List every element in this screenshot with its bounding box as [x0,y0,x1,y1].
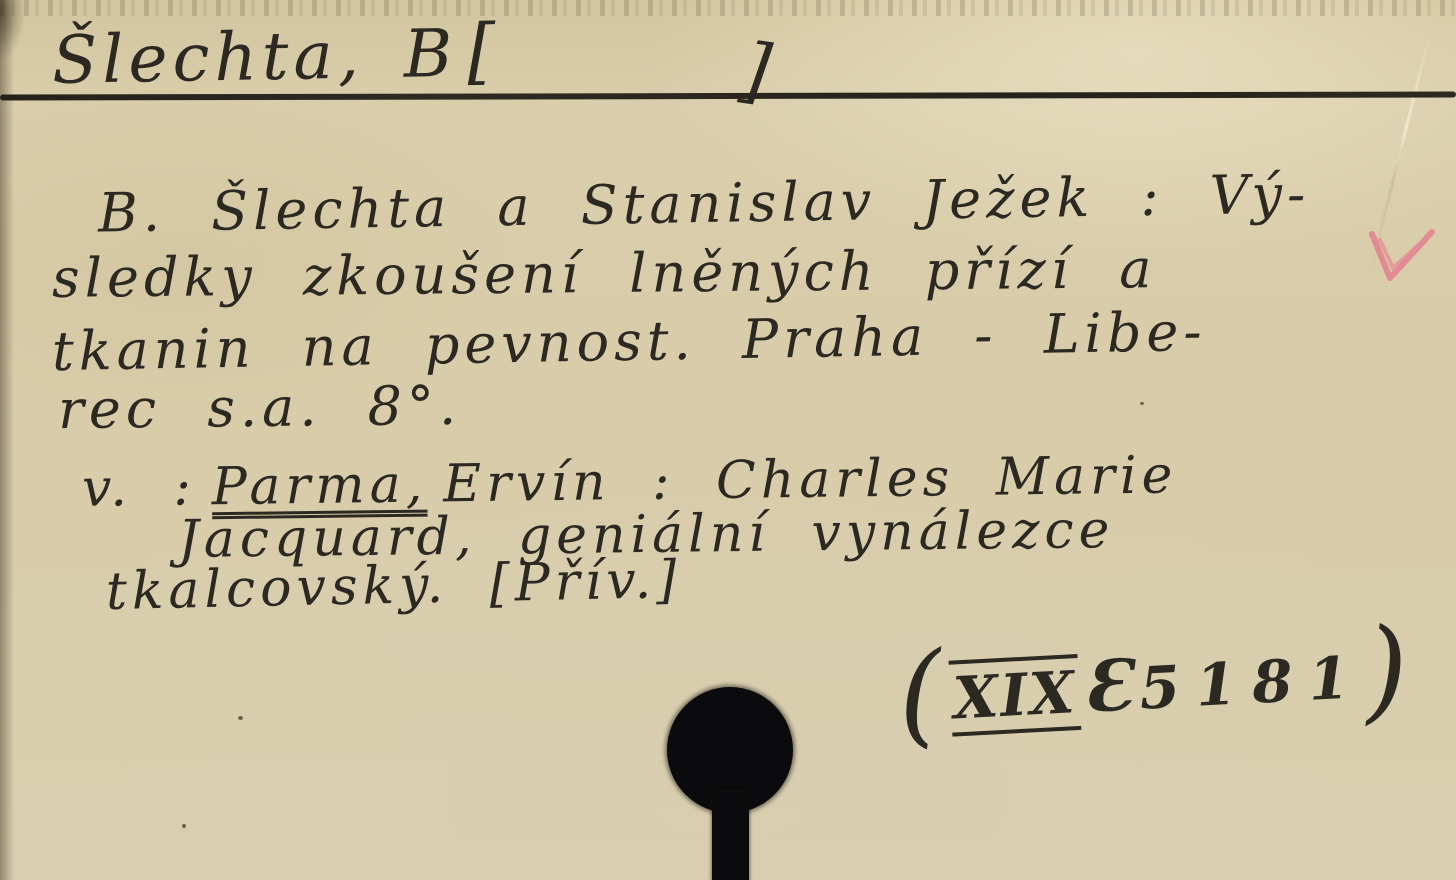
paper-speck [238,716,243,720]
corner-smudge [0,0,26,60]
call-number-close-paren: ) [1361,604,1413,736]
entry-line-4: rec s.a. 8°. [58,374,462,441]
close-bracket: ] [736,26,776,113]
call-number: (XIXƐ5181) [896,629,1412,739]
paper-speck [182,824,186,828]
call-number-letter: Ɛ [1081,643,1138,729]
call-number-roman: XIX [948,654,1081,737]
heading-text: Šlechta, B [51,15,457,99]
entry-line-2: sledky zkoušení lněných přízí a [52,237,1157,310]
red-check-icon [1366,216,1440,288]
catalog-card-scan: Šlechta, B[ ] B. Šlechta a Stanislav Jež… [0,0,1456,880]
hole-punch-slot [712,792,749,880]
call-number-digits: 5181 [1138,643,1367,723]
paper-speck [1140,402,1144,405]
open-bracket: [ [466,8,501,93]
heading: Šlechta, B[ [51,8,501,100]
entry-line-3: tkanin na pevnost. Praha - Libe- [52,300,1208,383]
entry-line-1: B. Šlechta a Stanislav Ježek : Vý- [98,162,1311,244]
call-number-open-paren: ( [895,628,947,760]
reference-line-3: tkalcovský. [Přív.] [105,550,681,622]
left-edge-shadow [0,0,14,880]
